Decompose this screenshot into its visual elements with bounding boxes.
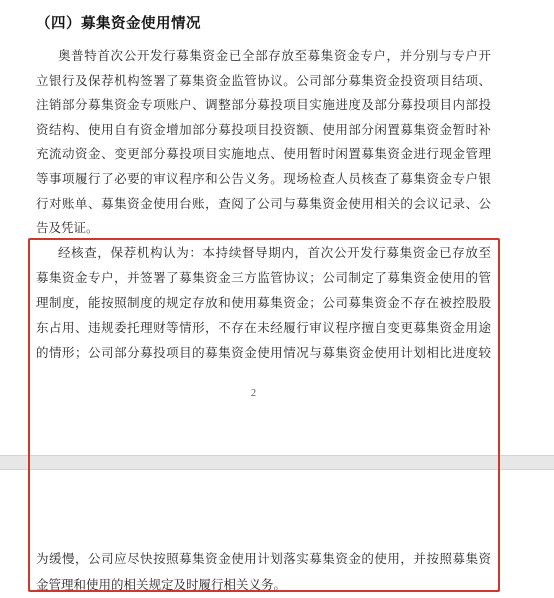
paragraph-funds-usage: 奥普特首次公开发行募集资金已全部存放至募集资金专户，并分别与专户开 立银行及保荐… [36,44,491,241]
text-line: 充流动资金、变更部分募投项目实施地点、使用暂时闲置募集资金进行现金管理 [36,142,491,167]
document-page: （四）募集资金使用情况 奥普特首次公开发行募集资金已全部存放至募集资金专户，并分… [0,0,554,598]
page-separator [0,455,554,470]
text-line: 注销部分募集资金专项账户、调整部分募投项目实施进度及部分募投项目内部投 [36,93,491,118]
page-number: 2 [36,388,471,399]
section-heading: （四）募集资金使用情况 [36,12,201,33]
text-line: 的情形；公司部分募投项目的募集资金使用情况与募集资金使用计划相比进度较 [36,341,491,366]
sponsor-opinion-part1: 经核查，保荐机构认为：本持续督导期内，首次公开发行募集资金已存放至 募集资金专户… [36,241,491,366]
text-line: 理制度，能按照制度的规定存放和使用募集资金；公司募集资金不存在被控股股 [36,291,491,316]
text-line: 立银行及保荐机构签署了募集资金监管协议。公司部分募集资金投资项目结项、 [36,69,491,94]
text-line: 东占用、违规委托理财等情形，不存在未经履行审议程序擅自变更募集资金用途 [36,316,491,341]
text-line: 告及凭证。 [36,216,491,241]
text-line: 经核查，保荐机构认为：本持续督导期内，首次公开发行募集资金已存放至 [36,241,491,266]
text-line: 行对账单、募集资金使用台账，查阅了公司与募集资金使用相关的会议记录、公 [36,192,491,217]
text-line: 资结构、使用自有资金增加部分募投项目投资额、使用部分闲置募集资金暂时补 [36,118,491,143]
text-line: 募集资金专户，并签署了募集资金三方监管协议；公司制定了募集资金使用的管 [36,266,491,291]
text-line: 金管理和使用的相关规定及时履行相关义务。 [36,572,491,598]
text-line: 等事项履行了必要的审议程序和公告义务。现场检查人员核查了募集资金专户银 [36,167,491,192]
sponsor-opinion-part2: 为缓慢，公司应尽快按照募集资金使用计划落实募集资金的使用，并按照募集资 金管理和… [36,546,491,598]
text-line: 奥普特首次公开发行募集资金已全部存放至募集资金专户，并分别与专户开 [36,44,491,69]
text-line: 为缓慢，公司应尽快按照募集资金使用计划落实募集资金的使用，并按照募集资 [36,546,491,572]
